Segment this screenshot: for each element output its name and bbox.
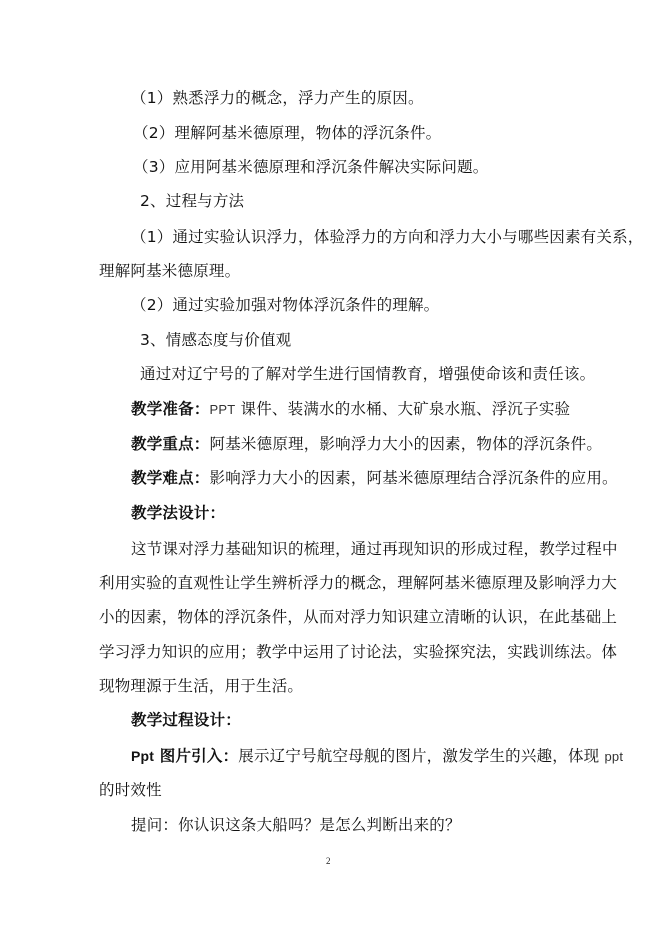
method-design-line-2: 利用实验的直观性让学生辨析浮力的概念，理解阿基米德原理及影响浮力大 <box>99 573 617 593</box>
emotion-heading: 3、情感态度与价值观 <box>140 330 291 350</box>
page-number: 2 <box>326 856 331 866</box>
intro-label-ppt: Ppt <box>131 748 154 764</box>
ppt-intro-line-2: 的时效性 <box>99 780 162 800</box>
teaching-difficulties: 教学难点：影响浮力大小的因素，阿基米德原理结合浮沉条件的应用。 <box>131 468 618 488</box>
preparation-label: 教学准备 <box>131 400 194 418</box>
teaching-preparation: 教学准备：PPT 课件、装满水的水桶、大矿泉水瓶、浮沉子实验 <box>131 399 570 420</box>
method-design-line-1: 这节课对浮力基础知识的梳理，通过再现知识的形成过程，教学过程中 <box>131 539 618 559</box>
difficulties-text: 影响浮力大小的因素，阿基米德原理结合浮沉条件的应用。 <box>210 469 618 487</box>
intro-text-ppt: ppt <box>605 749 624 764</box>
preparation-colon: ： <box>194 400 210 418</box>
objective-item-1: （1）熟悉浮力的概念，浮力产生的原因。 <box>131 88 424 108</box>
ppt-intro: Ppt 图片引入：展示辽宁号航空母舰的图片，激发学生的兴趣，体现 ppt <box>131 746 623 767</box>
question-text: 提问：你认识这条大船吗？是怎么判断出来的？ <box>131 815 461 835</box>
method-design-line-4: 学习浮力知识的应用；教学中运用了讨论法，实验探究法，实践训练法。体 <box>99 642 617 662</box>
intro-label: 图片引入 <box>154 747 222 765</box>
teaching-key-points: 教学重点：阿基米德原理，影响浮力大小的因素，物体的浮沉条件。 <box>131 434 602 454</box>
process-item-1-line-2: 理解阿基米德原理。 <box>99 261 240 281</box>
method-design-line-3: 小的因素，物体的浮沉条件，从而对浮力知识建立清晰的认识，在此基础上 <box>99 607 617 627</box>
process-item-2: （2）通过实验加强对物体浮沉条件的理解。 <box>131 295 439 315</box>
objective-item-2: （2）理解阿基米德原理，物体的浮沉条件。 <box>133 123 441 143</box>
method-design-line-5: 现物理源于生活，用于生活。 <box>99 676 303 696</box>
objective-item-3: （3）应用阿基米德原理和浮沉条件解决实际问题。 <box>133 157 488 177</box>
preparation-text: 课件、装满水的水桶、大矿泉水瓶、浮沉子实验 <box>235 400 570 418</box>
difficulties-label: 教学难点： <box>131 469 210 487</box>
intro-text: 展示辽宁号航空母舰的图片，激发学生的兴趣，体现 <box>238 747 604 765</box>
document-page: （1）熟悉浮力的概念，浮力产生的原因。 （2）理解阿基米德原理，物体的浮沉条件。… <box>0 0 661 935</box>
preparation-ppt: PPT <box>210 402 236 417</box>
method-design-heading: 教学法设计： <box>131 503 225 523</box>
process-design-heading: 教学过程设计： <box>131 710 241 730</box>
key-points-label: 教学重点： <box>131 435 210 453</box>
intro-colon: ： <box>223 747 239 765</box>
process-method-heading: 2、过程与方法 <box>140 191 244 211</box>
emotion-text: 通过对辽宁号的了解对学生进行国情教育，增强使命该和责任该。 <box>140 364 595 384</box>
process-item-1-line-1: （1）通过实验认识浮力，体验浮力的方向和浮力大小与哪些因素有关系， <box>131 227 643 247</box>
key-points-text: 阿基米德原理，影响浮力大小的因素，物体的浮沉条件。 <box>210 435 603 453</box>
